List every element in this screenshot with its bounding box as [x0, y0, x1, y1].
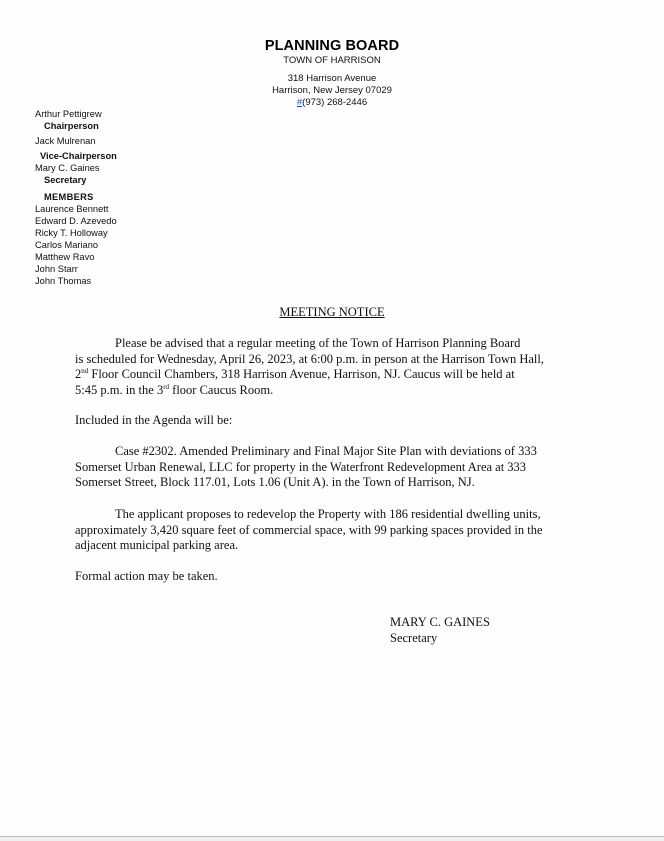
chairperson-name: Arthur Pettigrew: [35, 108, 117, 120]
proposal-paragraph: The applicant proposes to redevelop the …: [75, 507, 595, 554]
meeting-details-paragraph: Please be advised that a regular meeting…: [75, 336, 595, 398]
text-line: Somerset Urban Renewal, LLC for property…: [75, 460, 595, 476]
text-line: is scheduled for Wednesday, April 26, 20…: [75, 352, 595, 368]
text-line: Case #2302. Amended Preliminary and Fina…: [75, 444, 595, 460]
member-name: John Starr: [35, 263, 117, 275]
signatory-title: Secretary: [390, 631, 490, 647]
member-name: Carlos Mariano: [35, 239, 117, 251]
text-line: 2nd Floor Council Chambers, 318 Harrison…: [75, 367, 595, 383]
member-name: Laurence Bennett: [35, 203, 117, 215]
notice-title: MEETING NOTICE: [0, 305, 664, 321]
secretary-role: Secretary: [35, 174, 117, 186]
town-name: TOWN OF HARRISON: [232, 55, 432, 67]
member-name: Edward D. Azevedo: [35, 215, 117, 227]
vice-chairperson-name: Jack Mulrenan: [35, 135, 117, 147]
text-line: Please be advised that a regular meeting…: [75, 336, 595, 352]
secretary-name: Mary C. Gaines: [35, 162, 117, 174]
text-line: adjacent municipal parking area.: [75, 538, 595, 554]
text-line: The applicant proposes to redevelop the …: [75, 507, 595, 523]
member-name: Ricky T. Holloway: [35, 227, 117, 239]
street-address: 318 Harrison Avenue: [232, 73, 432, 85]
chairperson-role: Chairperson: [35, 120, 117, 132]
agenda-intro: Included in the Agenda will be:: [75, 413, 595, 429]
formal-action-note: Formal action may be taken.: [75, 569, 595, 585]
phone-line: #(973) 268-2446: [232, 97, 432, 109]
case-description-paragraph: Case #2302. Amended Preliminary and Fina…: [75, 444, 595, 491]
text-line: Formal action may be taken.: [75, 569, 595, 585]
viewer-background: [0, 837, 664, 841]
document-page: PLANNING BOARD TOWN OF HARRISON 318 Harr…: [0, 0, 664, 836]
signature-block: MARY C. GAINES Secretary: [390, 615, 490, 646]
letterhead: PLANNING BOARD TOWN OF HARRISON 318 Harr…: [232, 38, 432, 109]
member-name: Matthew Ravo: [35, 251, 117, 263]
members-heading: MEMBERS: [35, 191, 117, 203]
vice-chairperson-role: Vice-Chairperson: [35, 150, 117, 162]
phone-number: (973) 268-2446: [302, 97, 367, 108]
board-roster: Arthur Pettigrew Chairperson Jack Mulren…: [35, 108, 117, 287]
member-name: John Thomas: [35, 275, 117, 287]
board-title: PLANNING BOARD: [232, 38, 432, 55]
city-state-zip: Harrison, New Jersey 07029: [232, 85, 432, 97]
signatory-name: MARY C. GAINES: [390, 615, 490, 631]
text-line: Included in the Agenda will be:: [75, 413, 595, 429]
text-line: approximately 3,420 square feet of comme…: [75, 523, 595, 539]
text-line: Somerset Street, Block 117.01, Lots 1.06…: [75, 475, 595, 491]
text-line: 5:45 p.m. in the 3rd floor Caucus Room.: [75, 383, 595, 399]
